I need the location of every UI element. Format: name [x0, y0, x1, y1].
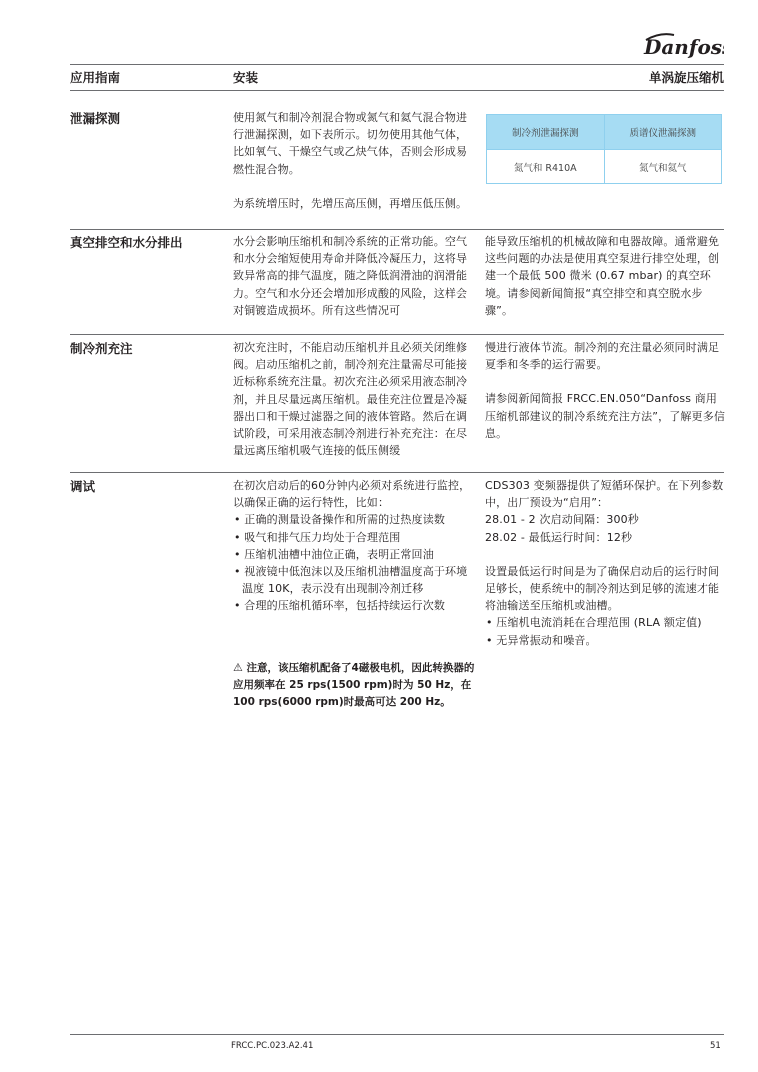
commissioning-right-text: CDS303 变频器提供了短循环保护。在下列参数中，出厂预设为“启用”： 28.… — [485, 477, 725, 649]
leak-detection-table: 制冷剂泄漏探测 质谱仪泄漏探测 氮气和 R410A 氮气和氦气 — [486, 114, 722, 184]
page-number: 51 — [710, 1041, 721, 1051]
header-bottom-rule — [70, 90, 724, 91]
charge-right-paragraph-1: 慢进行液体节流。制冷剂的充注量必须同时满足夏季和冬季的运行需要。 — [485, 339, 725, 373]
table-header-refrigerant: 制冷剂泄漏探测 — [487, 115, 605, 150]
parameter-28-02: 28.02 - 最低运行时间：12秒 — [485, 529, 725, 546]
header-product-label: 单涡旋压缩机 — [649, 68, 724, 86]
list-item: • 无异常振动和噪音。 — [485, 632, 725, 649]
commissioning-intro: 在初次启动后的60分钟内必须对系统进行监控，以确保正确的运行特性，比如： — [233, 477, 473, 511]
note-text: 注意，该压缩机配备了4磁极电机，因此转换器的应用频率在 25 rps(1500 … — [233, 662, 474, 708]
svg-text:Danfoss: Danfoss — [643, 35, 724, 59]
table-header-mass-spec: 质谱仪泄漏探测 — [604, 115, 722, 150]
list-item: • 视液镜中低泡沫以及压缩机油槽温度高于环境温度 10K，表示没有出现制冷剂迁移 — [233, 563, 473, 597]
danfoss-logo: Danfoss — [640, 28, 724, 60]
section-divider — [70, 472, 724, 473]
charge-left-text: 初次充注时，不能启动压缩机并且必须关闭维修阀。启动压缩机之前，制冷剂充注量需尽可… — [233, 339, 473, 459]
list-item: • 压缩机油槽中油位正确，表明正常回油 — [233, 546, 473, 563]
leak-paragraph-1: 使用氮气和制冷剂混合物或氮气和氦气混合物进行泄漏探测，如下表所示。切勿使用其他气… — [233, 109, 473, 178]
min-runtime-explanation: 设置最低运行时间是为了确保启动后的运行时间足够长，使系统中的制冷剂达到足够的流速… — [485, 563, 725, 615]
footer-rule — [70, 1034, 724, 1035]
warning-icon: ⚠ — [233, 661, 243, 674]
leak-paragraph-2: 为系统增压时，先增压高压侧，再增压低压侧。 — [233, 195, 473, 212]
list-item: • 压缩机电流消耗在合理范围 (RLA 额定值) — [485, 614, 725, 631]
vacuum-left-text: 水分会影响压缩机和制冷系统的正常功能。空气和水分会缩短使用寿命并降低冷凝压力，这… — [233, 233, 473, 319]
section-divider — [70, 229, 724, 230]
list-item: • 正确的测量设备操作和所需的过热度读数 — [233, 511, 473, 528]
charge-right-text: 慢进行液体节流。制冷剂的充注量必须同时满足夏季和冬季的运行需要。 请参阅新闻简报… — [485, 339, 725, 442]
motor-frequency-note: ⚠ 注意，该压缩机配备了4磁极电机，因此转换器的应用频率在 25 rps(150… — [233, 659, 478, 711]
table-cell: 氮气和氦气 — [604, 150, 722, 184]
header-section-label: 应用指南 — [70, 68, 120, 86]
vacuum-right-text: 能导致压缩机的机械故障和电器故障。通常避免这些问题的办法是使用真空泵进行排空处理… — [485, 233, 725, 319]
table-row: 氮气和 R410A 氮气和氦气 — [487, 150, 722, 184]
list-item: • 合理的压缩机循环率，包括持续运行次数 — [233, 597, 473, 614]
section-title-commissioning: 调试 — [70, 477, 95, 495]
header-top-rule — [70, 64, 724, 65]
charge-right-paragraph-2: 请参阅新闻简报 FRCC.EN.050“Danfoss 商用压缩机部建议的制冷系… — [485, 390, 725, 442]
section-title-leak-detection: 泄漏探测 — [70, 109, 120, 127]
section-title-vacuum: 真空排空和水分排出 — [70, 233, 183, 251]
leak-detection-text: 使用氮气和制冷剂混合物或氮气和氦气混合物进行泄漏探测，如下表所示。切勿使用其他气… — [233, 109, 473, 212]
document-code: FRCC.PC.023.A2.41 — [231, 1041, 313, 1051]
section-title-refrigerant-charge: 制冷剂充注 — [70, 339, 133, 357]
table-cell: 氮气和 R410A — [487, 150, 605, 184]
list-item: • 吸气和排气压力均处于合理范围 — [233, 529, 473, 546]
commissioning-left-text: 在初次启动后的60分钟内必须对系统进行监控，以确保正确的运行特性，比如： • 正… — [233, 477, 473, 615]
cds303-intro: CDS303 变频器提供了短循环保护。在下列参数中，出厂预设为“启用”： — [485, 477, 725, 511]
header-chapter-label: 安装 — [233, 68, 258, 86]
parameter-28-01: 28.01 - 2 次启动间隔：300秒 — [485, 511, 725, 528]
section-divider — [70, 334, 724, 335]
